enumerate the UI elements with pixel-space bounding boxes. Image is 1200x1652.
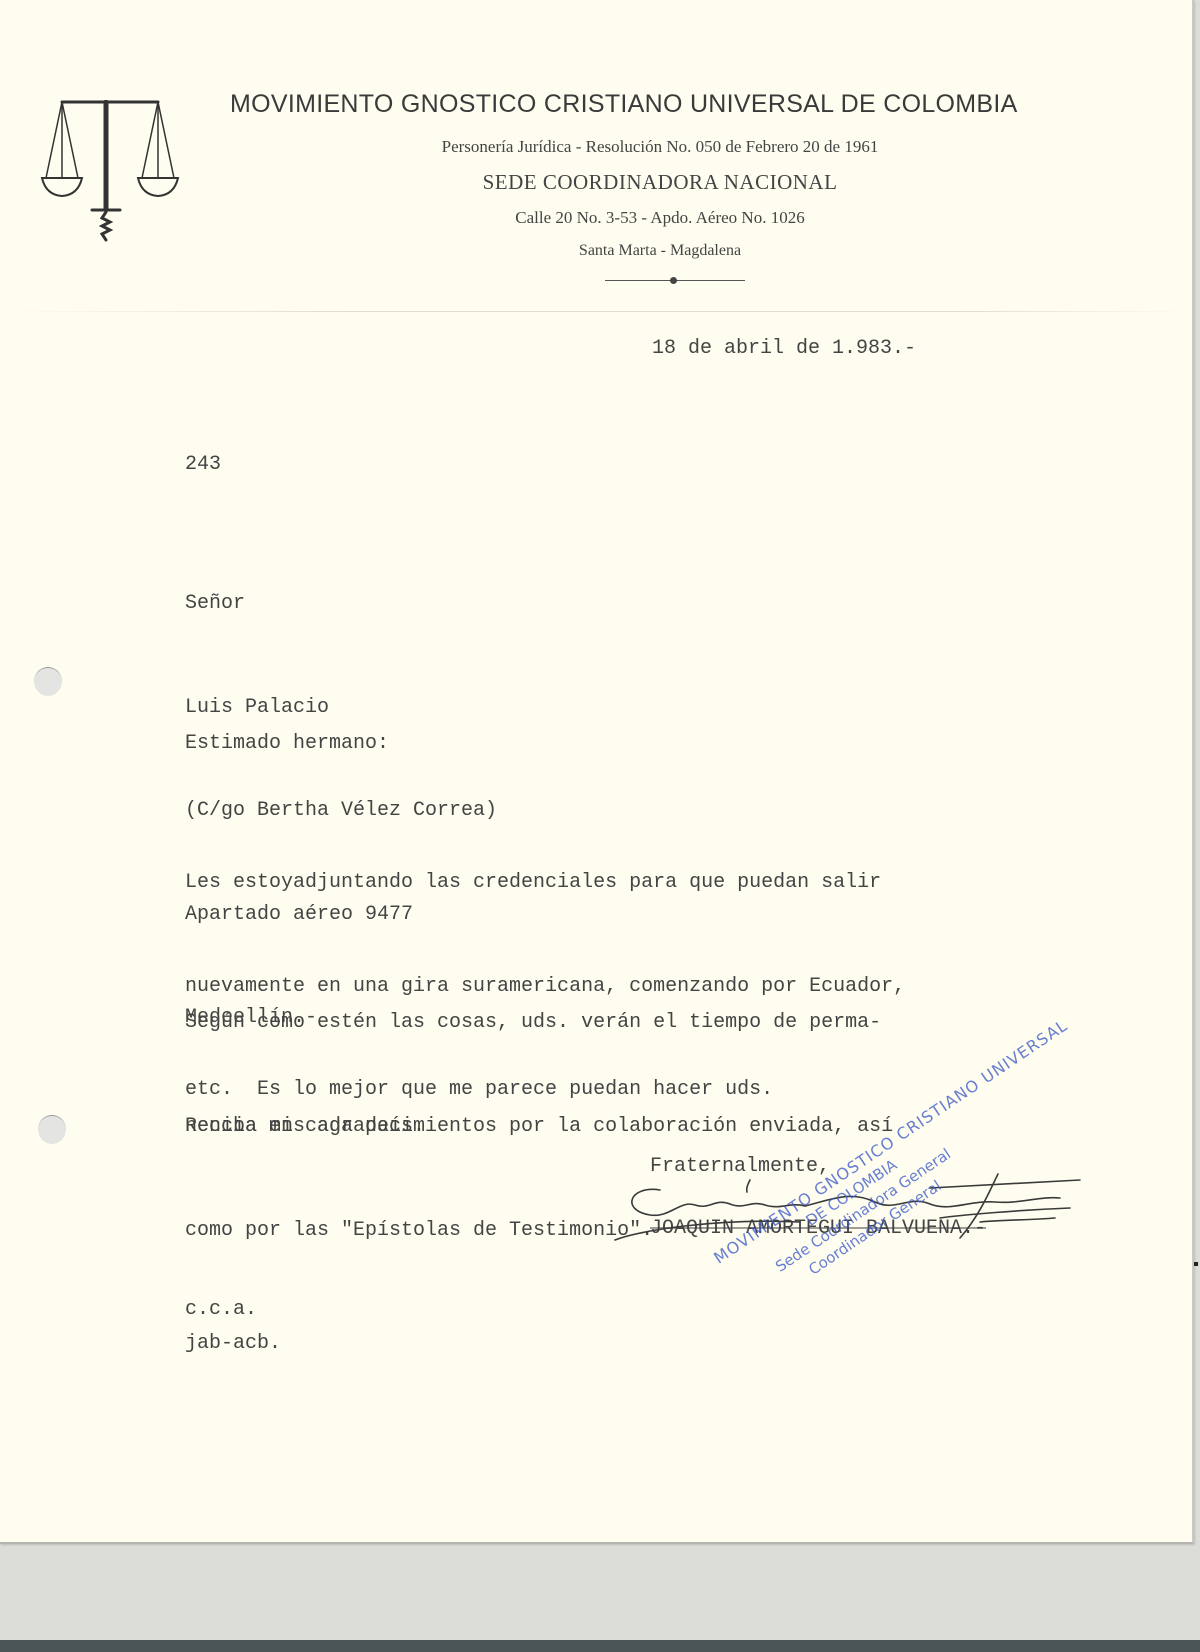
scales-of-justice-icon <box>40 100 180 250</box>
scan-edge-mark <box>1194 1262 1198 1266</box>
punch-hole <box>38 1115 66 1144</box>
salutation: Estimado hermano: <box>185 727 389 762</box>
reference-number: 243 <box>185 448 221 483</box>
recipient-line: Señor <box>185 587 497 622</box>
office-name: SEDE COORDINADORA NACIONAL <box>230 170 1090 195</box>
body-line: Reciba mis agradecimientos por la colabo… <box>185 1110 893 1145</box>
legal-status: Personería Jurídica - Resolución No. 050… <box>230 137 1090 157</box>
scanner-bottom-band <box>0 1640 1200 1652</box>
fold-line <box>0 311 1190 312</box>
recipient-line: Luis Palacio <box>185 691 497 726</box>
letter-page: MOVIMIENTO GNOSTICO CRISTIANO UNIVERSAL … <box>0 0 1194 1544</box>
carbon-copy-note: c.c.a. <box>185 1293 257 1328</box>
punch-hole <box>34 667 62 696</box>
office-address: Calle 20 No. 3-53 - Apdo. Aéreo No. 1026 <box>230 208 1090 228</box>
letter-date: 18 de abril de 1.983.- <box>652 332 916 367</box>
organization-name: MOVIMIENTO GNOSTICO CRISTIANO UNIVERSAL … <box>230 90 1120 119</box>
office-city: Santa Marta - Magdalena <box>230 242 1090 260</box>
body-line: Les estoyadjuntando las credenciales par… <box>185 866 905 901</box>
typist-initials: jab-acb. <box>185 1327 281 1362</box>
divider-dot-icon <box>670 277 677 284</box>
body-line: Según como estén las cosas, uds. verán e… <box>185 1006 881 1041</box>
